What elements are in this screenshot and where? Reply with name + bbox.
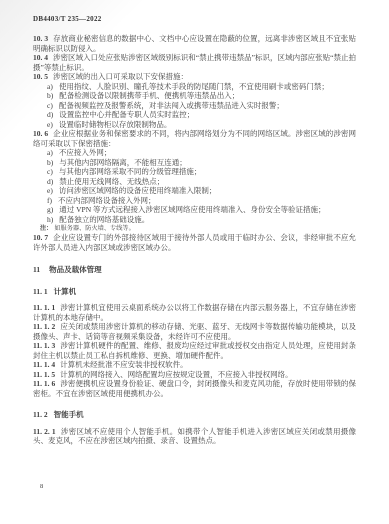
note-10-6: 注：如服务器、防火墙、专线等。 xyxy=(33,224,356,233)
list-item-text: 与其他内部网络隔离，不能相互连通； xyxy=(59,158,187,167)
list-item-10-6-c: c)与其他内部网络采取不同的分级管理措施； xyxy=(33,167,356,177)
list-item-text: 不应接入外网； xyxy=(59,148,112,157)
list-item-text: 配备检测设备以限制携带手机、便携机等违禁品出入； xyxy=(59,91,239,100)
clause-11-2-1: 11. 2. 1涉密区域不应使用个人智能手机。如携带个人智能手机进入涉密区域应关… xyxy=(33,427,356,446)
list-item-label: c) xyxy=(47,167,53,176)
clause-number: 11. 2. 1 xyxy=(33,427,56,436)
subsection-title: 智能手机 xyxy=(54,410,84,419)
list-item-label: a) xyxy=(47,148,53,157)
standard-number-header: DB4403/T 235—2022 xyxy=(33,15,356,24)
list-item-text: 访问涉密区域网络的设备应使用终端准入限制； xyxy=(59,186,217,195)
list-item-text: 通过 VPN 等方式远程接入涉密区域网络应使用终端准入、身份安全等验证措施； xyxy=(59,205,325,214)
section-heading-11: 11物品及载体管理 xyxy=(33,265,356,275)
list-item-10-5-a: a)使用指纹、人脸识别、瞳孔等技术手段的防尾随门禁，不宜使用刷卡或密码门禁； xyxy=(33,82,356,92)
clause-text: 涉密便携机应设置身份验证、硬盘口令，封闭摄像头和麦克风功能，存放时使用带锁的保密… xyxy=(33,379,356,398)
list-item-10-5-d: d)设置监控中心并配备专职人员实时监控； xyxy=(33,110,356,120)
clause-text: 涉密区域入口处应张贴涉密区域级别标识和“禁止携带违禁品”标识，区域内部应张贴“禁… xyxy=(33,53,356,72)
clause-text: 涉密区域不应使用个人智能手机。如携带个人智能手机进入涉密区域应关闭或禁用摄像头、… xyxy=(33,427,356,446)
subsection-title: 计算机 xyxy=(54,287,77,296)
list-item-text: 使用指纹、人脸识别、瞳孔等技术手段的防尾随门禁，不宜使用刷卡或密码门禁； xyxy=(59,82,329,91)
list-item-10-5-b: b)配备检测设备以限制携带手机、便携机等违禁品出入； xyxy=(33,91,356,101)
clause-11-1-6: 11. 1. 6涉密便携机应设置身份验证、硬盘口令，封闭摄像头和麦克风功能，存放… xyxy=(33,379,356,398)
list-item-label: h) xyxy=(47,215,53,224)
list-item-text: 配备视频监控及报警系统，对非法闯入或携带违禁品进入实时报警； xyxy=(59,101,284,110)
note-label: 注： xyxy=(40,225,52,232)
list-item-label: f) xyxy=(47,196,52,205)
list-item-10-5-e: e)设置临时储物柜以存放限制物品。 xyxy=(33,120,356,130)
subsection-number: 11. 2 xyxy=(33,410,48,419)
list-item-10-6-a: a)不应接入外网； xyxy=(33,148,356,158)
list-item-label: e) xyxy=(47,186,53,195)
list-item-10-6-f: f)不应内部网络设备接入外网； xyxy=(33,196,356,206)
list-item-10-5-c: c)配备视频监控及报警系统，对非法闯入或携带违禁品进入实时报警； xyxy=(33,101,356,111)
subsection-heading-11-1: 11. 1计算机 xyxy=(33,287,356,297)
list-item-label: c) xyxy=(47,101,53,110)
list-item-10-6-g: g)通过 VPN 等方式远程接入涉密区域网络应使用终端准入、身份安全等验证措施； xyxy=(33,205,356,215)
clause-text: 企业应根据业务和保密要求的不同，将内部网络划分为不同的网络区域。涉密区域的涉密网… xyxy=(33,129,356,148)
list-item-label: d) xyxy=(47,110,53,119)
list-item-text: 禁止使用无线网络、无线热点； xyxy=(59,177,164,186)
page-number: 8 xyxy=(40,483,43,490)
clause-number: 10. 7 xyxy=(33,233,48,242)
subsection-heading-11-2: 11. 2智能手机 xyxy=(33,410,356,420)
clause-text: 涉密区域的出入口可采取以下安保措施： xyxy=(53,72,188,81)
list-item-text: 不应内部网络设备接入外网； xyxy=(58,196,156,205)
section-number: 11 xyxy=(33,265,40,274)
clause-number: 10. 4 xyxy=(33,53,48,62)
clause-number: 10. 6 xyxy=(33,129,48,138)
list-item-label: b) xyxy=(47,158,53,167)
list-item-text: 配备独立的网络基础设施。 xyxy=(59,215,149,224)
list-item-10-6-h: h)配备独立的网络基础设施。 xyxy=(33,215,356,225)
clause-11-1-1: 11. 1. 1涉密计算机宜使用云桌面系统办公以将工作数据存储在内部云服务器上，… xyxy=(33,303,356,322)
list-item-label: e) xyxy=(47,120,53,129)
list-item-text: 与其他内部网络采取不同的分级管理措施； xyxy=(59,167,202,176)
page-body: DB4403/T 235—2022 10. 3存放商业秘密信息的数据中心、文档中… xyxy=(33,15,356,446)
clause-number: 11. 1. 2 xyxy=(33,322,55,331)
clause-number: 11. 1. 3 xyxy=(33,341,55,350)
clause-number: 11. 1. 1 xyxy=(33,303,55,312)
clause-10-4: 10. 4涉密区域入口处应张贴涉密区域级别标识和“禁止携带违禁品”标识，区域内部… xyxy=(33,53,356,72)
list-item-text: 设置监控中心并配备专职人员实时监控； xyxy=(59,110,194,119)
clause-text: 涉密计算机硬件的配置、维修、报废均应经过审批或授权交由指定人员处理，应使用封条封… xyxy=(33,341,356,360)
list-item-10-6-e: e)访问涉密区域网络的设备应使用终端准入限制； xyxy=(33,186,356,196)
clause-11-1-2: 11. 1. 2应关闭或禁用涉密计算机的移动存储、光驱、蓝牙、无线网卡等数据传输… xyxy=(33,322,356,341)
section-title: 物品及载体管理 xyxy=(49,265,102,274)
list-item-10-6-d: d)禁止使用无线网络、无线热点； xyxy=(33,177,356,187)
clause-11-1-4: 11. 1. 4计算机未经批准不应安装非授权软件。 xyxy=(33,360,356,370)
clause-text: 计算机未经批准不应安装非授权软件。 xyxy=(60,360,188,369)
subsection-number: 11. 1 xyxy=(33,287,48,296)
clause-10-6: 10. 6企业应根据业务和保密要求的不同，将内部网络划分为不同的网络区域。涉密区… xyxy=(33,129,356,148)
list-item-label: a) xyxy=(47,82,53,91)
clause-number: 11. 1. 6 xyxy=(33,379,55,388)
clause-text: 企业应设置专门的外部接待区域用于接待外部人员或用于临时办公、会议，非经审批不应允… xyxy=(33,233,356,252)
clause-10-3: 10. 3存放商业秘密信息的数据中心、文档中心应设置在隐蔽的位置，远离非涉密区域… xyxy=(33,34,356,53)
clause-11-1-3: 11. 1. 3涉密计算机硬件的配置、维修、报废均应经过审批或授权交由指定人员处… xyxy=(33,341,356,360)
clause-text: 应关闭或禁用涉密计算机的移动存储、光驱、蓝牙、无线网卡等数据传输功能模块，以及摄… xyxy=(33,322,356,341)
clause-number: 10. 3 xyxy=(33,34,48,43)
note-text: 如服务器、防火墙、专线等。 xyxy=(54,225,134,232)
clause-10-7: 10. 7企业应设置专门的外部接待区域用于接待外部人员或用于临时办公、会议，非经… xyxy=(33,233,356,252)
list-item-label: g) xyxy=(47,205,53,214)
clause-10-5: 10. 5涉密区域的出入口可采取以下安保措施： xyxy=(33,72,356,82)
clause-number: 11. 1. 5 xyxy=(33,370,55,379)
list-item-text: 设置临时储物柜以存放限制物品。 xyxy=(59,120,172,129)
clause-text: 计算机的网络接入、网络配置均应按规定设置，不应接入非授权网络。 xyxy=(60,370,293,379)
list-item-label: b) xyxy=(47,91,53,100)
clause-text: 涉密计算机宜使用云桌面系统办公以将工作数据存储在内部云服务器上，不宜存储在涉密计… xyxy=(33,303,356,322)
clause-number: 10. 5 xyxy=(33,72,48,81)
document-page: DB4403/T 235—2022 10. 3存放商业秘密信息的数据中心、文档中… xyxy=(0,0,389,524)
clause-number: 11. 1. 4 xyxy=(33,360,55,369)
clause-text: 存放商业秘密信息的数据中心、文档中心应设置在隐蔽的位置，远离非涉密区域且不宜张贴… xyxy=(33,34,356,53)
list-item-label: d) xyxy=(47,177,53,186)
clause-11-1-5: 11. 1. 5计算机的网络接入、网络配置均应按规定设置，不应接入非授权网络。 xyxy=(33,370,356,380)
list-item-10-6-b: b)与其他内部网络隔离，不能相互连通； xyxy=(33,158,356,168)
